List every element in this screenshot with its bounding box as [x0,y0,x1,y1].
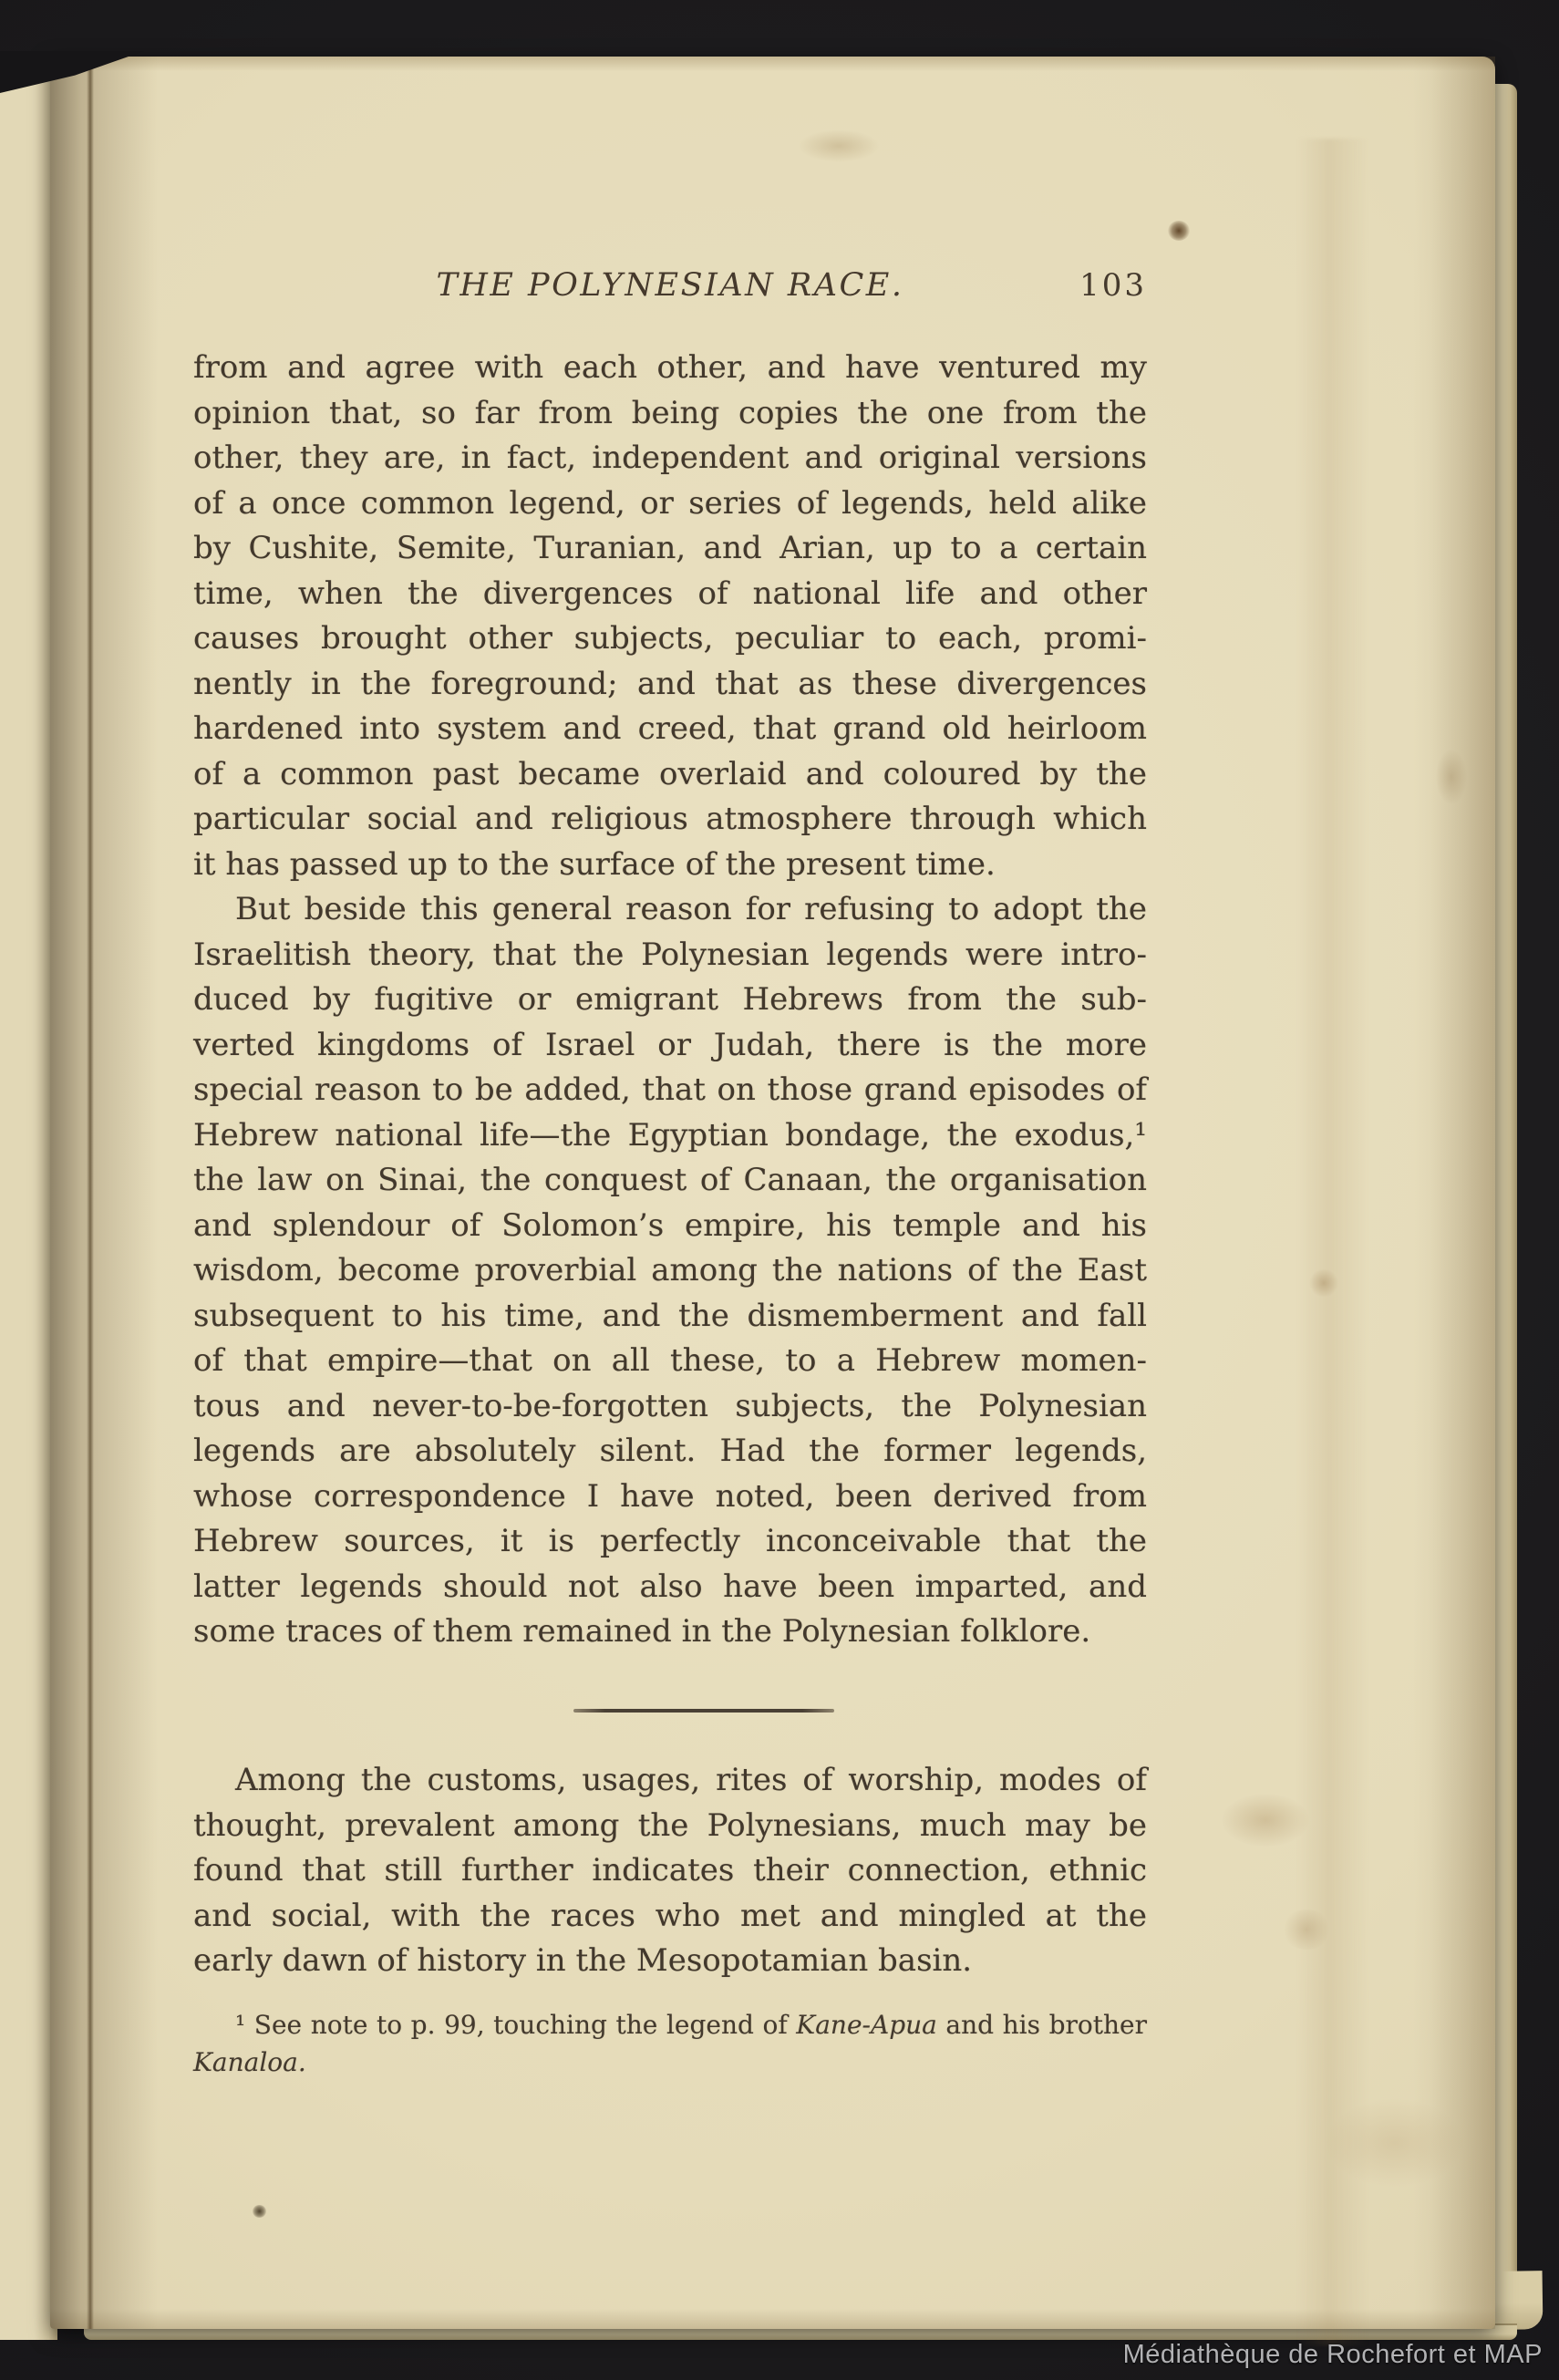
scan-photo: THE POLYNESIAN RACE. 103 from and agree … [0,0,1559,2380]
page-edge-mottle [1431,57,1495,2329]
text-line: by Cushite, Semite, Turanian, and Arian,… [193,526,1147,572]
stain [1436,750,1467,804]
running-header: THE POLYNESIAN RACE. 103 [193,263,1147,308]
text-line: opinion that, so far from being copies t… [193,391,1147,437]
page-number: 103 [1079,263,1147,308]
text-line: special reason to be added, that on thos… [193,1068,1147,1113]
text-line: wisdom, become proverbial among the nati… [193,1248,1147,1294]
text-line: found that still further indicates their… [193,1848,1147,1894]
text-line: thought, prevalent among the Polynesians… [193,1804,1147,1849]
running-header-title: THE POLYNESIAN RACE. [437,267,904,304]
text-line: subsequent to his time, and the dismembe… [193,1294,1147,1340]
text-line: early dawn of history in the Mesopotamia… [193,1939,1147,1984]
text-line: the law on Sinai, the conquest of Canaan… [193,1158,1147,1204]
book-page: THE POLYNESIAN RACE. 103 from and agree … [50,57,1495,2329]
text-line: Hebrew national life—the Egyptian bondag… [193,1113,1147,1159]
stain [1222,1794,1309,1847]
paragraph-continued: from and agree with each other, and have… [193,346,1147,887]
water-stain-streak [1297,139,1368,2345]
text-line: duced by fugitive or emigrant Hebrews fr… [193,978,1147,1023]
text-line: time, when the divergences of national l… [193,572,1147,617]
text-line: hardened into system and creed, that gra… [193,707,1147,752]
stain [1308,1269,1339,1297]
footnote-text-segment: and his brother [937,2010,1147,2040]
footnote: ¹ See note to p. 99, touching the legend… [193,2006,1147,2081]
stain [1281,1909,1332,1950]
text-line: particular social and religious atmosphe… [193,797,1147,843]
text-line: it has passed up to the surface of the p… [193,843,1147,888]
text-line: Hebrew sources, it is perfectly inconcei… [193,1519,1147,1565]
text-line: latter legends should not also have been… [193,1565,1147,1610]
section-divider-rule [573,1709,834,1713]
library-watermark: Médiathèque de Rochefort et MAP [1123,2340,1543,2370]
text-line: of a once common legend, or series of le… [193,481,1147,527]
paragraph-but-beside: But beside this general reason for refus… [193,887,1147,1655]
footnote-text-segment: ¹ See note to p. 99, touching the legend… [235,2010,796,2040]
text-line: verted kingdoms of Israel or Judah, ther… [193,1023,1147,1069]
stain [798,129,880,162]
facing-page-edge [0,67,57,2340]
text-line: tous and never-to-be-forgotten subjects,… [193,1384,1147,1430]
text-line: nently in the foreground; and that as th… [193,662,1147,708]
text-line: of a common past became overlaid and col… [193,752,1147,798]
text-line: causes brought other subjects, peculiar … [193,616,1147,662]
text-line: and splendour of Solomon’s empire, his t… [193,1204,1147,1249]
gutter-crease [87,57,94,2329]
text-line: Among the customs, usages, rites of wors… [193,1758,1147,1804]
text-line: whose correspondence I have noted, been … [193,1475,1147,1520]
text-line: legends are absolutely silent. Had the f… [193,1429,1147,1475]
text-line: But beside this general reason for refus… [193,887,1147,933]
footnote-line: Kanaloa. [193,2044,1147,2081]
stain [1327,2099,1463,2187]
text-line: of that empire—that on all these, to a H… [193,1339,1147,1384]
text-line: and social, with the races who met and m… [193,1894,1147,1940]
stain [1168,221,1190,241]
footnote-text-segment: Kane-Apua [796,2010,937,2040]
gutter-shadow [50,57,173,2329]
stain [253,2205,266,2218]
footnote-text-segment: Kanaloa. [193,2047,306,2077]
text-line: other, they are, in fact, independent an… [193,436,1147,481]
text-line: from and agree with each other, and have… [193,346,1147,391]
paragraph-among-customs: Among the customs, usages, rites of wors… [193,1758,1147,1984]
body-text-lower: Among the customs, usages, rites of wors… [193,1758,1147,1984]
footnote-line: ¹ See note to p. 99, touching the legend… [193,2006,1147,2044]
text-line: some traces of them remained in the Poly… [193,1609,1147,1655]
body-text-upper: from and agree with each other, and have… [193,346,1147,1655]
text-line: Israelitish theory, that the Polynesian … [193,933,1147,978]
